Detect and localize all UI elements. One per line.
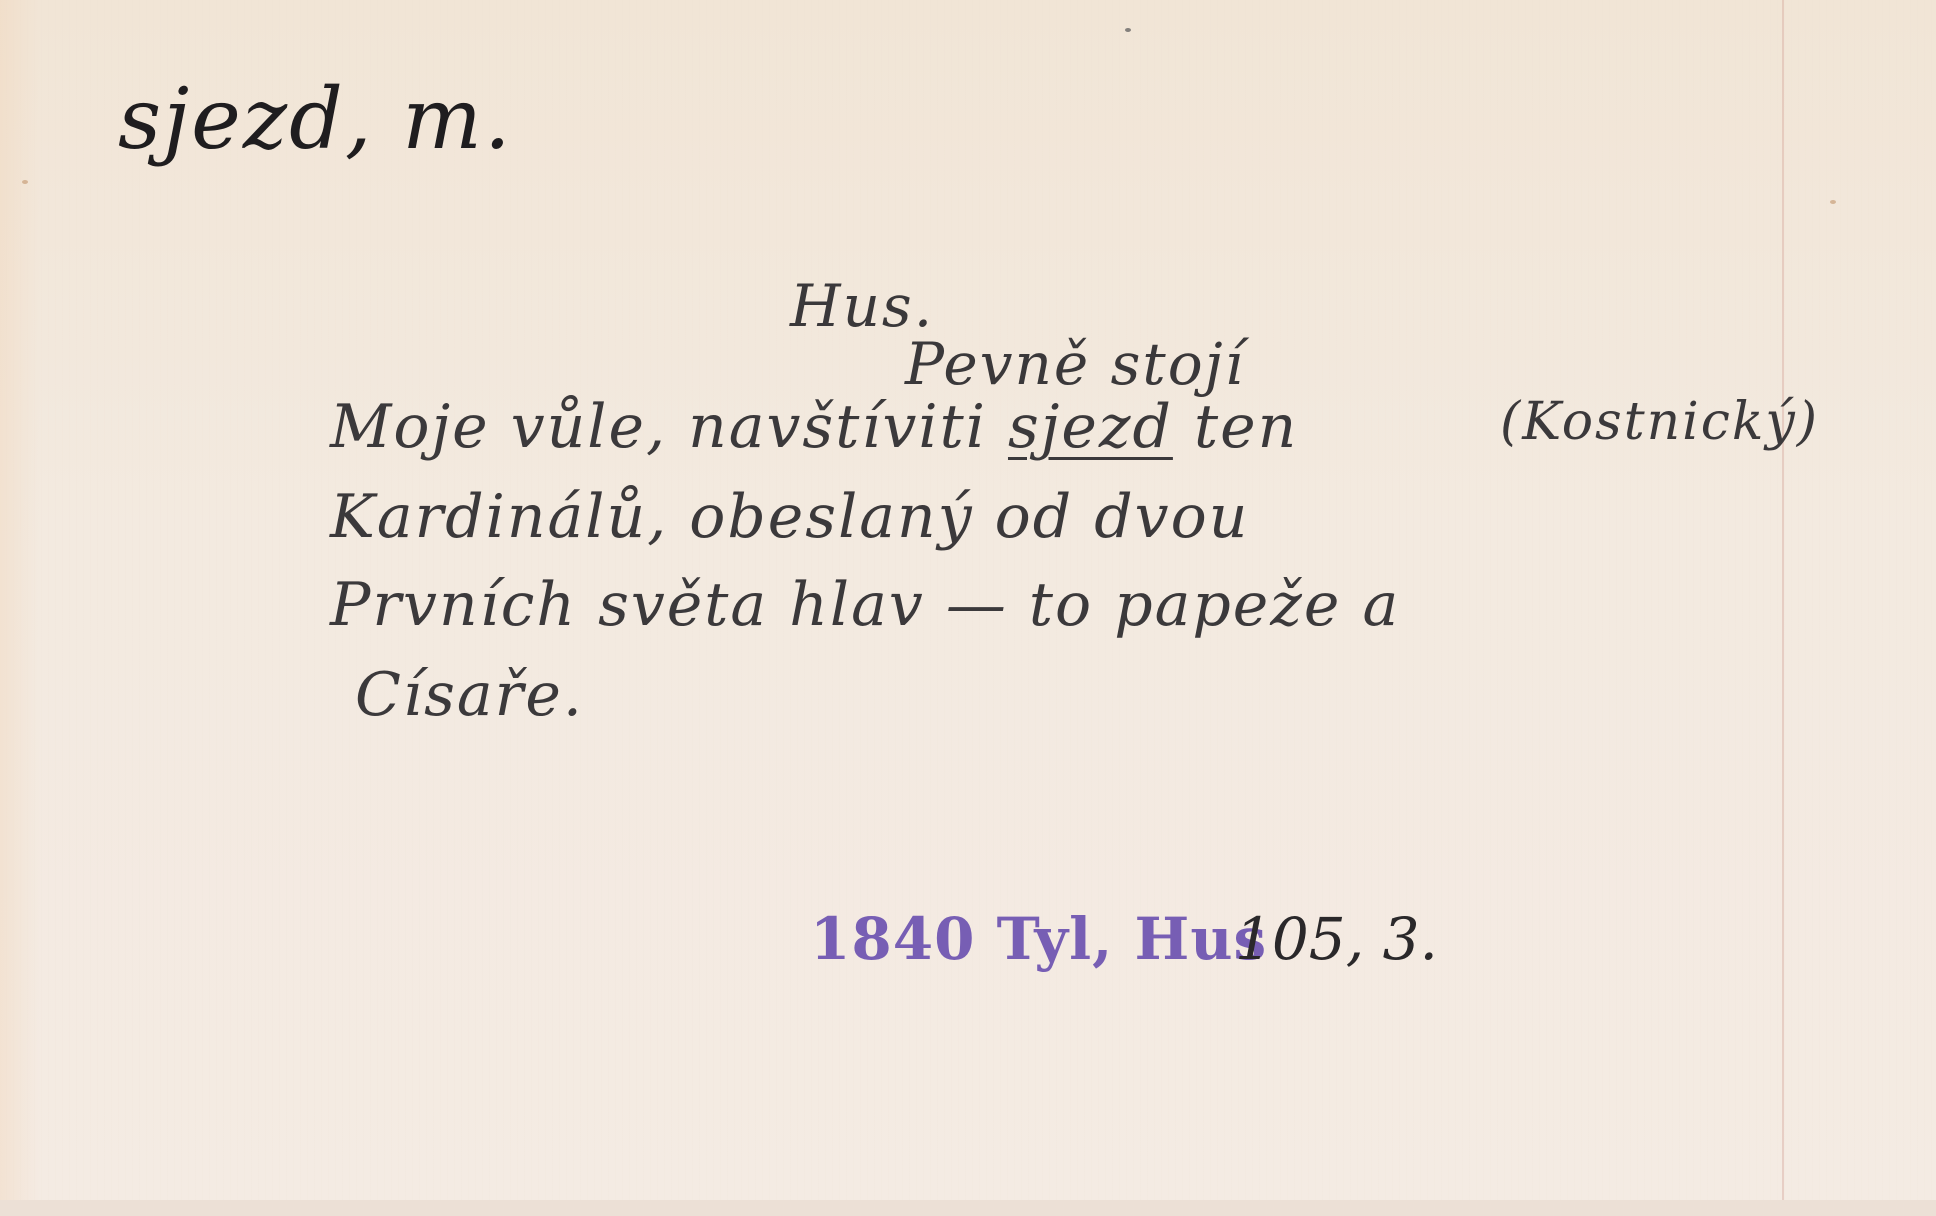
source-stamp: 1840 Tyl, Hus bbox=[810, 905, 1267, 973]
citation-line-3: Prvních světa hlav — to papeže a bbox=[330, 570, 1400, 640]
paper-speck bbox=[22, 180, 28, 184]
paper-speck bbox=[1830, 200, 1836, 204]
margin-note: (Kostnický) bbox=[1500, 392, 1819, 452]
ruled-margin-line bbox=[1782, 0, 1784, 1216]
citation-line-2: Kardinálů, obeslaný od dvou bbox=[330, 482, 1249, 552]
citation-line-1: Moje vůle, navštíviti sjezd ten bbox=[330, 392, 1298, 462]
insertion-above-line: Pevně stojí bbox=[905, 330, 1245, 398]
paper-speck bbox=[1125, 28, 1131, 32]
citation-line-1-start: Moje vůle, navštíviti bbox=[330, 392, 1008, 462]
underlined-headword: sjezd bbox=[1008, 392, 1173, 462]
page-reference: 105, 3. bbox=[1235, 905, 1438, 973]
citation-line-1-end: ten bbox=[1173, 392, 1298, 462]
citation-line-4: Císaře. bbox=[355, 660, 584, 730]
headword: sjezd, m. bbox=[118, 70, 513, 168]
card-bottom-edge bbox=[0, 1200, 1936, 1216]
